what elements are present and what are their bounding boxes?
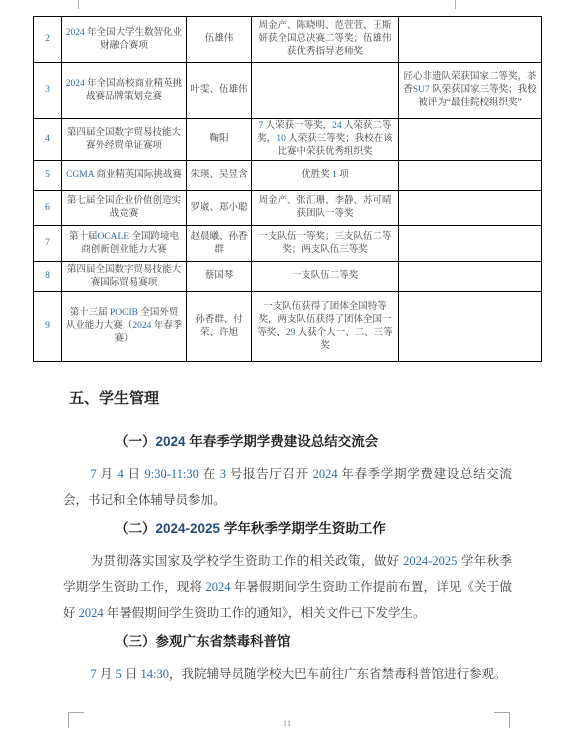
remark-cell <box>399 191 542 226</box>
top-margin-mark-right <box>455 0 456 9</box>
subsection-body-3: 7 月 5 日 14:30，我院辅导员随学校大巴车前往广东省禁毒科普馆进行参观。 <box>63 661 512 687</box>
table-row: 6 第七届全国企业价值创造实战竞赛 罗崴、郑小聪 周金产、张汇珊、李静、苏可晴获… <box>34 191 542 226</box>
competition-name-cell: 第十届OCALE 全国跨境电商创新创业能力大赛 <box>62 226 187 262</box>
award-cell: 7 人荣获一等奖，24 人荣获二等奖，10 人荣获三等奖；我校在该比赛中荣获优秀… <box>252 119 399 161</box>
table-row: 7 第十届OCALE 全国跨境电商创新创业能力大赛 赵晨曦、孙香群 一支队伍一等… <box>34 226 542 262</box>
row-number-cell: 2 <box>34 17 62 63</box>
award-cell: 一支队伍二等奖 <box>252 262 399 292</box>
advisor-cell: 蔡国琴 <box>187 262 252 292</box>
advisor-cell: 伍雄伟 <box>187 17 252 63</box>
award-cell: 周金产、张汇珊、李静、苏可晴获团队一等奖 <box>252 191 399 226</box>
table-row: 9 第十三届 POCIB 全国外贸从业能力大赛（2024 年春季赛） 孙香群、付… <box>34 292 542 362</box>
table-row: 2 2024 年全国大学生数智化业财融合赛项 伍雄伟 周金产、陈晓明、范萱萱、王… <box>34 17 542 63</box>
top-margin-mark-left <box>78 0 79 9</box>
table-row: 3 2024 年全国高校商业精英挑战赛品牌策划竞赛 叶雯、伍雄伟 匠心非遗队荣获… <box>34 63 542 119</box>
remark-cell: 匠心非遗队荣获国家二等奖，茶香SU7 队荣获国家三等奖；我校被评为“最佳院校组织… <box>399 63 542 119</box>
table-row: 4 第四届全国数字贸易技能大赛外经贸单证赛项 鞠阳 7 人荣获一等奖，24 人荣… <box>34 119 542 161</box>
row-number-cell: 6 <box>34 191 62 226</box>
award-cell: 周金产、陈晓明、范萱萱、王斯妍获全国总决赛二等奖；伍雄伟获优秀指导老师奖 <box>252 17 399 63</box>
row-number-cell: 5 <box>34 161 62 191</box>
award-cell: 一支队伍获得了团体全国特等奖，两支队伍获得了团体全国一等奖、29 人获个人一、二… <box>252 292 399 362</box>
table-row: 5 CGMA 商业精英国际挑战赛 朱瑛、吴昱含 优胜奖 1 项 <box>34 161 542 191</box>
remark-cell <box>399 119 542 161</box>
remark-cell <box>399 161 542 191</box>
row-number-cell: 9 <box>34 292 62 362</box>
row-number-cell: 7 <box>34 226 62 262</box>
student-management-section: 五、学生管理 （一）2024 年春季学期学费建设总结交流会 7 月 4 日 9:… <box>63 390 512 694</box>
competition-name-cell: 第十三届 POCIB 全国外贸从业能力大赛（2024 年春季赛） <box>62 292 187 362</box>
advisor-cell: 鞠阳 <box>187 119 252 161</box>
subsection-heading-1: （一）2024 年春季学期学费建设总结交流会 <box>63 433 512 451</box>
award-cell: 优胜奖 1 项 <box>252 161 399 191</box>
remark-cell <box>399 262 542 292</box>
competition-name-cell: CGMA 商业精英国际挑战赛 <box>62 161 187 191</box>
page-number: 11 <box>0 718 574 728</box>
row-number-cell: 8 <box>34 262 62 292</box>
row-number-cell: 3 <box>34 63 62 119</box>
competition-name-cell: 第七届全国企业价值创造实战竞赛 <box>62 191 187 226</box>
award-cell: 一支队伍一等奖；三支队伍二等奖；两支队伍三等奖 <box>252 226 399 262</box>
subsection-heading-3: （三）参观广东省禁毒科普馆 <box>63 633 512 651</box>
remark-cell <box>399 226 542 262</box>
remark-cell <box>399 292 542 362</box>
competition-name-cell: 第四届全国数字贸易技能大赛外经贸单证赛项 <box>62 119 187 161</box>
advisor-cell: 孙香群、付荣、许旭 <box>187 292 252 362</box>
award-cell <box>252 63 399 119</box>
competition-name-cell: 2024 年全国大学生数智化业财融合赛项 <box>62 17 187 63</box>
competition-name-cell: 第四届全国数字贸易技能大赛国际贸易赛项 <box>62 262 187 292</box>
advisor-cell: 朱瑛、吴昱含 <box>187 161 252 191</box>
table-row: 8 第四届全国数字贸易技能大赛国际贸易赛项 蔡国琴 一支队伍二等奖 <box>34 262 542 292</box>
advisor-cell: 罗崴、郑小聪 <box>187 191 252 226</box>
competition-name-cell: 2024 年全国高校商业精英挑战赛品牌策划竞赛 <box>62 63 187 119</box>
document-page: 2 2024 年全国大学生数智化业财融合赛项 伍雄伟 周金产、陈晓明、范萱萱、王… <box>0 0 574 744</box>
remark-cell <box>399 17 542 63</box>
advisor-cell: 赵晨曦、孙香群 <box>187 226 252 262</box>
row-number-cell: 4 <box>34 119 62 161</box>
awards-table: 2 2024 年全国大学生数智化业财融合赛项 伍雄伟 周金产、陈晓明、范萱萱、王… <box>33 16 542 362</box>
subsection-body-2: 为贯彻落实国家及学校学生资助工作的相关政策，做好 2024-2025 学年秋季学… <box>63 548 512 626</box>
advisor-cell: 叶雯、伍雄伟 <box>187 63 252 119</box>
section-heading-main: 五、学生管理 <box>69 390 512 408</box>
subsection-body-1: 7 月 4 日 9:30-11:30 在 3 号报告厅召开 2024 年春季学期… <box>63 461 512 513</box>
subsection-heading-2: （二）2024-2025 学年秋季学期学生资助工作 <box>63 520 512 538</box>
